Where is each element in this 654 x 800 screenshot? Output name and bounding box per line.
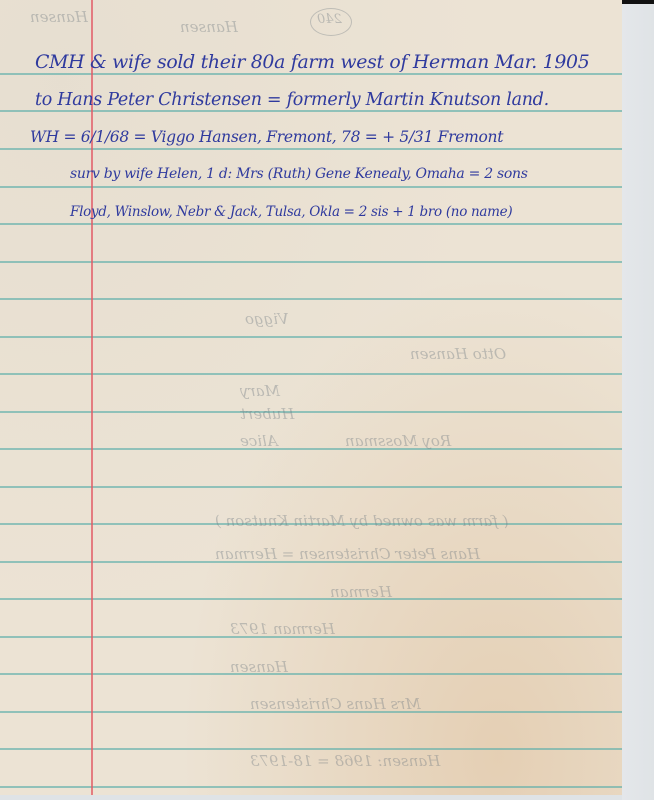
ruled-line	[0, 73, 622, 75]
notebook-page: Hansen Hansen 240 Viggo Mary Hubert Alic…	[0, 0, 622, 795]
bleed-through-text: Viggo	[245, 310, 289, 328]
ruled-line	[0, 223, 622, 225]
bleed-through-text: Alice	[240, 432, 278, 450]
bleed-through-text: Hubert	[240, 405, 294, 423]
bleed-through-text: Hans Peter Christensen = Herman	[215, 545, 480, 563]
bleed-through-text: Hansen	[180, 18, 238, 36]
handwritten-line-2: to Hans Peter Christensen = formerly Mar…	[35, 90, 549, 110]
handwritten-line-1: CMH & wife sold their 80a farm west of H…	[35, 52, 589, 73]
handwritten-line-4: surv by wife Helen, 1 d: Mrs (Ruth) Gene…	[70, 166, 528, 182]
ruled-line	[0, 110, 622, 112]
bleed-through-text: 240	[317, 12, 342, 27]
ruled-line	[0, 748, 622, 750]
bleed-through-text: Otto Hansen	[410, 345, 506, 363]
handwritten-line-3: WH = 6/1/68 = Viggo Hansen, Fremont, 78 …	[30, 128, 503, 146]
ruled-line	[0, 598, 622, 600]
bleed-through-text: Hansen: 1968 = 18-1973	[250, 752, 440, 770]
ruled-line	[0, 673, 622, 675]
scanner-background	[622, 4, 654, 800]
bleed-through-text: Herman	[330, 583, 392, 601]
ruled-line	[0, 298, 622, 300]
red-margin-line	[91, 0, 93, 795]
bleed-through-text: Mary	[240, 382, 280, 400]
bleed-through-text: Roy Mossman	[345, 432, 451, 450]
ruled-line	[0, 411, 622, 413]
ruled-line	[0, 186, 622, 188]
handwritten-line-5: Floyd, Winslow, Nebr & Jack, Tulsa, Okla…	[70, 204, 512, 220]
bleed-through-text: Herman 1973	[230, 620, 335, 638]
bleed-through-text: Hansen	[30, 8, 88, 26]
scan-corner-shadow	[622, 0, 654, 4]
ruled-line	[0, 148, 622, 150]
ruled-line	[0, 786, 622, 788]
ruled-line	[0, 448, 622, 450]
bleed-through-text: Mrs Hans Christensen	[250, 695, 421, 713]
ruled-line	[0, 486, 622, 488]
ruled-line	[0, 336, 622, 338]
ruled-line	[0, 261, 622, 263]
bleed-through-text: Hansen	[230, 658, 288, 676]
bleed-through-text: ( farm was owned by Martin Knutson )	[215, 512, 508, 530]
ruled-line	[0, 373, 622, 375]
